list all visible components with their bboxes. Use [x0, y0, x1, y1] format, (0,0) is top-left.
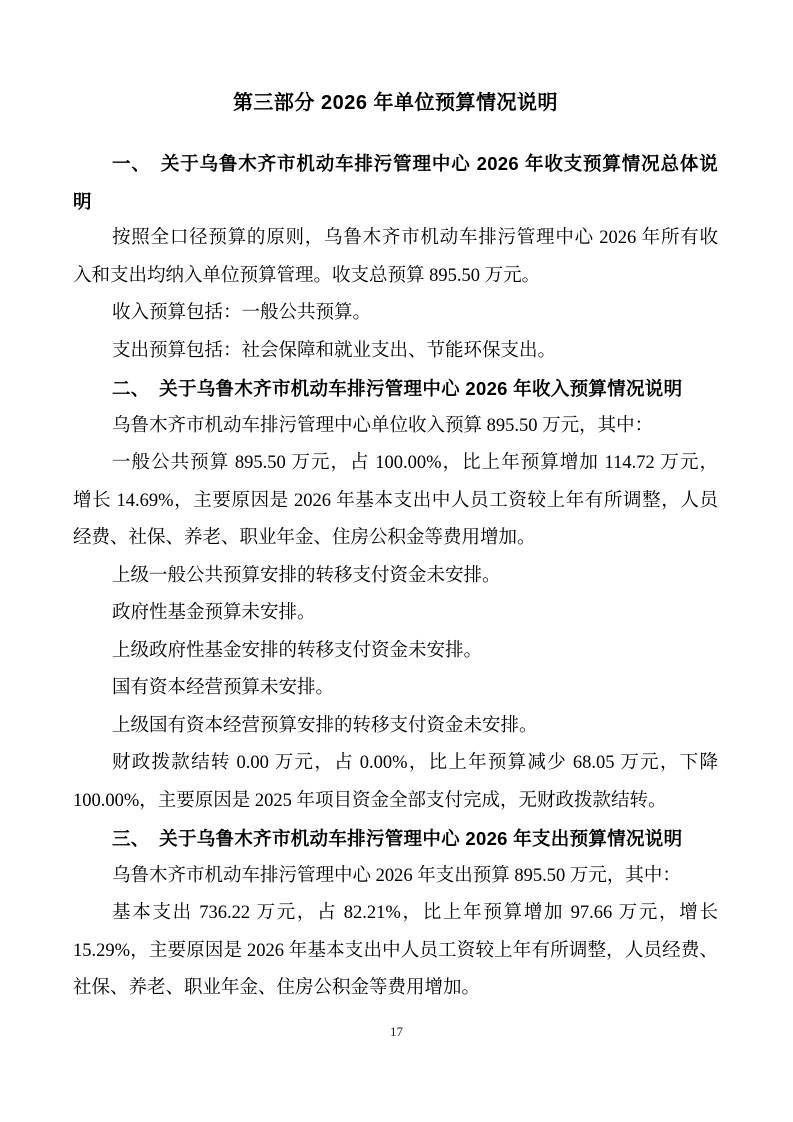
section-1-heading-line1: 一、 关于乌鲁木齐市机动车排污管理中心 2026 年收支预算情况总体说: [73, 145, 718, 183]
para-basic-expense-line2: 15.29%，主要原因是 2026 年基本支出中人员工资较上年有所调整，人员经费…: [73, 933, 718, 971]
para-general-budget-line2: 增长 14.69%，主要原因是 2026 年基本支出中人员工资较上年有所调整，人…: [73, 483, 718, 521]
para-state-capital: 国有资本经营预算未安排。: [73, 670, 718, 708]
section-1-heading-line2: 明: [73, 183, 718, 221]
section-2-heading: 二、 关于乌鲁木齐市机动车排污管理中心 2026 年收入预算情况说明: [73, 370, 718, 408]
para-basic-expense-line3: 社保、养老、职业年金、住房公积金等费用增加。: [73, 970, 718, 1008]
para-expense-total: 乌鲁木齐市机动车排污管理中心 2026 年支出预算 895.50 万元，其中：: [73, 858, 718, 896]
para-carryover-line1: 财政拨款结转 0.00 万元，占 0.00%，比上年预算减少 68.05 万元，…: [73, 745, 718, 783]
para-income-includes: 收入预算包括：一般公共预算。: [73, 295, 718, 333]
para-basic-expense-line1: 基本支出 736.22 万元，占 82.21%，比上年预算增加 97.66 万元…: [73, 895, 718, 933]
doc-title: 第三部分 2026 年单位预算情况说明: [73, 90, 718, 116]
para-superior-gov-fund-transfer: 上级政府性基金安排的转移支付资金未安排。: [73, 633, 718, 671]
section-3-heading: 三、 关于乌鲁木齐市机动车排污管理中心 2026 年支出预算情况说明: [73, 820, 718, 858]
para-income-total: 乌鲁木齐市机动车排污管理中心单位收入预算 895.50 万元，其中：: [73, 408, 718, 446]
para-general-budget-line1: 一般公共预算 895.50 万元，占 100.00%，比上年预算增加 114.7…: [73, 445, 718, 483]
document-page: 第三部分 2026 年单位预算情况说明 一、 关于乌鲁木齐市机动车排污管理中心 …: [0, 0, 793, 1122]
para-superior-state-capital-transfer: 上级国有资本经营预算安排的转移支付资金未安排。: [73, 708, 718, 746]
para-expense-includes: 支出预算包括：社会保障和就业支出、节能环保支出。: [73, 333, 718, 371]
document-body: 一、 关于乌鲁木齐市机动车排污管理中心 2026 年收支预算情况总体说 明 按照…: [73, 145, 718, 1008]
para-superior-general-transfer: 上级一般公共预算安排的转移支付资金未安排。: [73, 558, 718, 596]
para-carryover-line2: 100.00%，主要原因是 2025 年项目资金全部支付完成，无财政拨款结转。: [73, 783, 718, 821]
page-number: 17: [0, 1024, 793, 1040]
para-gov-fund: 政府性基金预算未安排。: [73, 595, 718, 633]
para-overview-line2: 入和支出均纳入单位预算管理。收支总预算 895.50 万元。: [73, 258, 718, 296]
para-general-budget-line3: 经费、社保、养老、职业年金、住房公积金等费用增加。: [73, 520, 718, 558]
para-overview-line1: 按照全口径预算的原则，乌鲁木齐市机动车排污管理中心 2026 年所有收: [73, 220, 718, 258]
